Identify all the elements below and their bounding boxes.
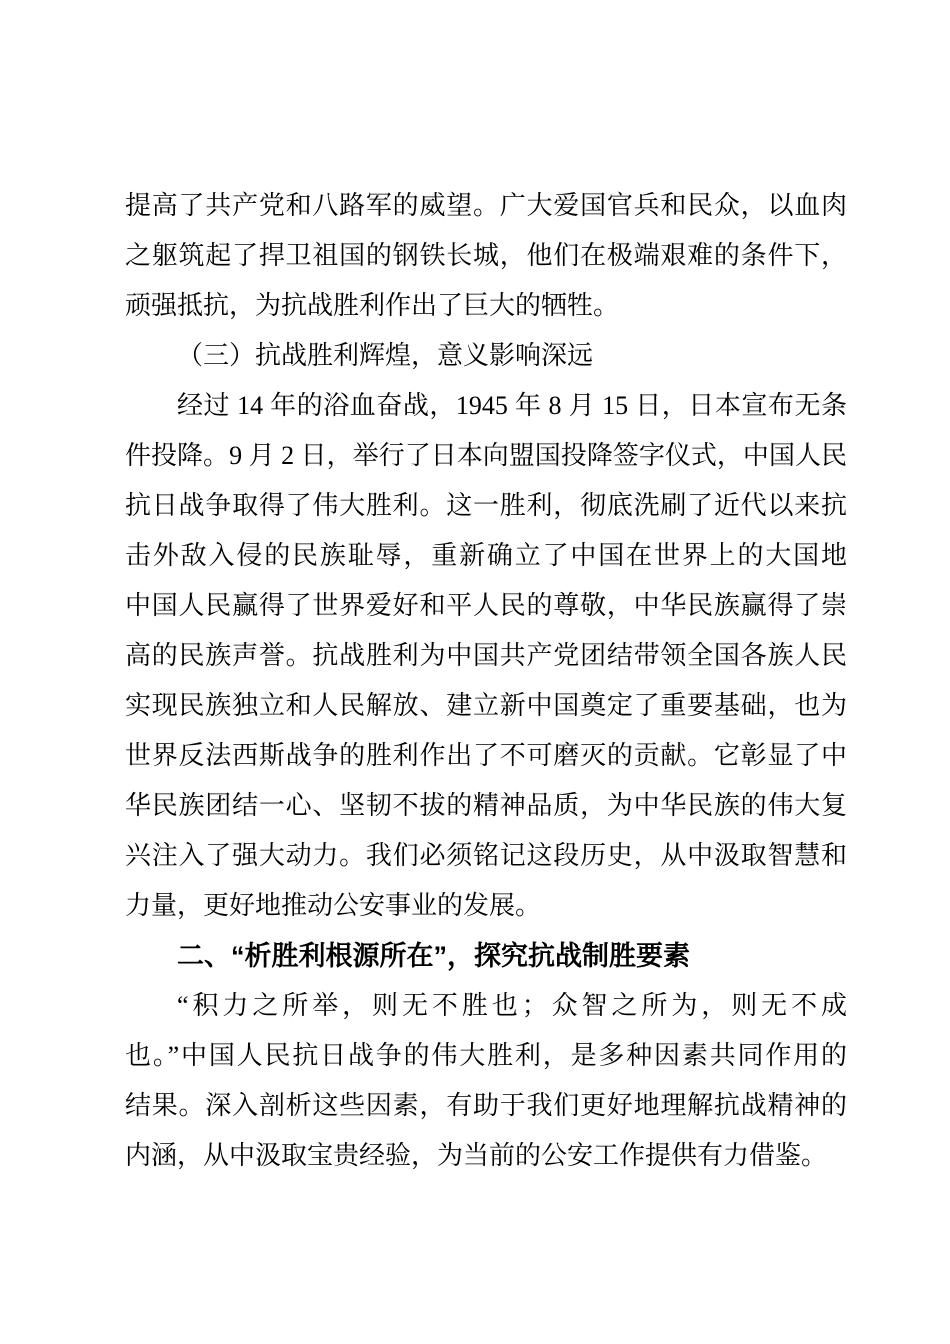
paragraph-line: 也。”中国人民抗日战争的伟大胜利，是多种因素共同作用的 bbox=[125, 1031, 847, 1081]
paragraph-line: 内涵，从中汲取宝贵经验，为当前的公安工作提供有力借鉴。 bbox=[125, 1131, 847, 1181]
paragraph-line: “积力之所举，则无不胜也；众智之所为，则无不成 bbox=[125, 981, 847, 1031]
paragraph-line: 件投降。9 月 2 日，举行了日本向盟国投降签字仪式，中国人民 bbox=[125, 431, 847, 481]
paragraph-line: 经过 14 年的浴血奋战，1945 年 8 月 15 日，日本宣布无条 bbox=[125, 381, 847, 431]
paragraph-line: 击外敌入侵的民族耻辱，重新确立了中国在世界上的大国地位， bbox=[125, 531, 847, 581]
paragraph-line: 中国人民赢得了世界爱好和平人民的尊敬，中华民族赢得了崇 bbox=[125, 581, 847, 631]
paragraph-line: 结果。深入剖析这些因素，有助于我们更好地理解抗战精神的 bbox=[125, 1081, 847, 1131]
paragraph-line: 之躯筑起了捍卫祖国的钢铁长城，他们在极端艰难的条件下， bbox=[125, 231, 847, 281]
paragraph-line: 高的民族声誉。抗战胜利为中国共产党团结带领全国各族人民 bbox=[125, 631, 847, 681]
paragraph-line: 力量，更好地推动公安事业的发展。 bbox=[125, 881, 847, 931]
paragraph-line: 华民族团结一心、坚韧不拔的精神品质，为中华民族的伟大复 bbox=[125, 781, 847, 831]
document-page: 提高了共产党和八路军的威望。广大爱国官兵和民众，以血肉 之躯筑起了捍卫祖国的钢铁… bbox=[0, 0, 950, 1344]
section-heading: 二、“析胜利根源所在”，探究抗战制胜要素 bbox=[125, 931, 847, 981]
paragraph-line: 实现民族独立和人民解放、建立新中国奠定了重要基础，也为 bbox=[125, 681, 847, 731]
paragraph-line: 抗日战争取得了伟大胜利。这一胜利，彻底洗刷了近代以来抗 bbox=[125, 481, 847, 531]
paragraph-line: 顽强抵抗，为抗战胜利作出了巨大的牺牲。 bbox=[125, 281, 847, 331]
subsection-heading: （三）抗战胜利辉煌，意义影响深远 bbox=[125, 331, 847, 381]
paragraph-line: 世界反法西斯战争的胜利作出了不可磨灭的贡献。它彰显了中 bbox=[125, 731, 847, 781]
document-text-block: 提高了共产党和八路军的威望。广大爱国官兵和民众，以血肉 之躯筑起了捍卫祖国的钢铁… bbox=[125, 181, 847, 1181]
paragraph-line: 提高了共产党和八路军的威望。广大爱国官兵和民众，以血肉 bbox=[125, 181, 847, 231]
paragraph-line: 兴注入了强大动力。我们必须铭记这段历史，从中汲取智慧和 bbox=[125, 831, 847, 881]
